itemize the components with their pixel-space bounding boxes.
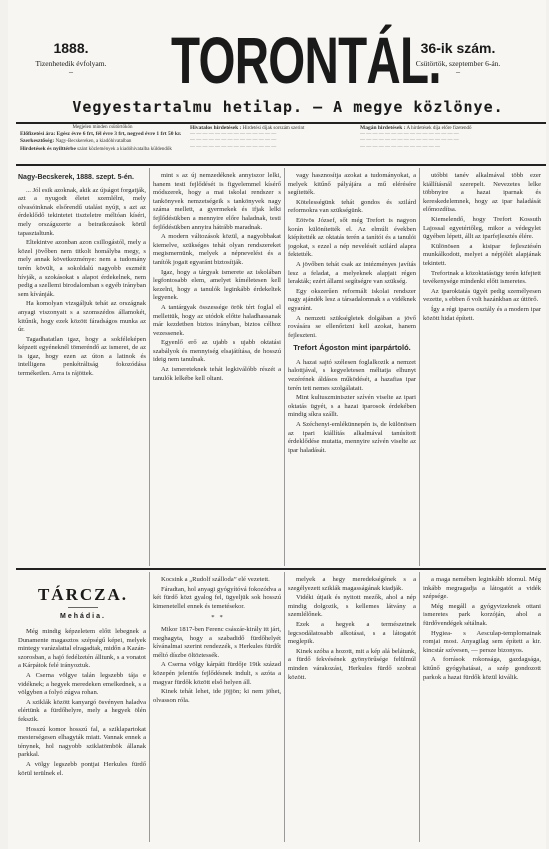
- article-column-3: vagy hasznosítja azokat a tudományokat, …: [288, 172, 416, 564]
- info-box-private-ads: Magán hirdetések : A hirdetések díja elő…: [360, 125, 540, 151]
- feuilleton-subtitle: Mehádia.: [22, 613, 144, 620]
- column-paragraph: Fáradtan, hol anyagi gyógyítóvá fokozódv…: [153, 586, 281, 612]
- column-paragraph: Trefortnak a közoktatásügy terén kifejte…: [423, 270, 541, 287]
- column-paragraph: A források rokonsága, gazdagsága, kitűnő…: [423, 656, 541, 682]
- column-paragraph: A Cserna völgye talán legszebb tája e vi…: [18, 672, 146, 698]
- header-bottom-rule: [16, 164, 546, 166]
- info-ads-label: Hirdetések és nyilttérbe: [20, 146, 76, 152]
- column-paragraph: mint s az új nemzedéknek annyiszor lelki…: [153, 172, 281, 232]
- column-paragraph: Kinek szóba a hozott, mit a kép alá belá…: [288, 648, 416, 682]
- feuilleton-column-4: a maga nemében leginkább idomul. Még ink…: [423, 576, 541, 843]
- info-box-subscription: Megjelen minden csütörtökön Előfizetési …: [20, 125, 185, 153]
- masthead-right: 36-ik szám. Csütörtök, szeptember 6-án. …: [388, 40, 528, 76]
- column-paragraph: melyek a hegy meredekségének s a szegély…: [288, 576, 416, 593]
- column-divider: [149, 168, 150, 566]
- lead-paragraph: ... Jól esik azoknak, akik az újságot fo…: [18, 187, 146, 239]
- column-paragraph: A nemzeti szükségletek dolgában a jövő r…: [288, 315, 416, 341]
- info-official-label: Hivatalos hirdetések :: [190, 125, 241, 131]
- column-paragraph: Így a régi iparos osztály és a modern ip…: [423, 306, 541, 323]
- lead-paragraph: Eltekintve azonban azon csillogástól, me…: [18, 239, 146, 299]
- column-paragraph: a maga nemében leginkább idomul. Még ink…: [423, 576, 541, 602]
- column-paragraph: Hosszú komor hosszú fal, a sziklapartoka…: [18, 726, 146, 760]
- feuilleton-column-2: Kocsink a „Rudolf szálloda” elé vezetett…: [153, 576, 281, 843]
- feuilleton-column-3: melyek a hegy meredekségének s a szegély…: [288, 576, 416, 843]
- column-paragraph: A völgy legszebb pontjai Herkules fürdő …: [18, 761, 146, 778]
- column-paragraph: Ezek a hegyek a természetnek legcsodálat…: [288, 621, 416, 647]
- column-paragraph: Egy okszerűen reformált iskolai rendszer…: [288, 288, 416, 314]
- column-divider: [284, 572, 285, 842]
- column-paragraph: Egyenlő erő az ujabb s ujabb oktatási sz…: [153, 339, 281, 365]
- column-paragraph: Még megáll a gyógyvizeknek ottani ismere…: [423, 603, 541, 629]
- column-paragraph: Még mindig képzeletem előtt lebegnek a D…: [18, 628, 146, 671]
- column-paragraph: Különösen a kisipar fejlesztésén munkálk…: [423, 243, 541, 269]
- masthead-dash: –: [16, 68, 126, 76]
- column-paragraph: A modern változások közül, a nagyobbakat…: [153, 233, 281, 267]
- newspaper-page: 1888. Tizenhetedik évfolyam. – TORONTÁL.…: [8, 0, 546, 849]
- column-paragraph: Hygiea- s Aesculap-templomainak romjai m…: [423, 630, 541, 656]
- article-column-4: utóbbi tanév alkalmával több ezer kiállí…: [423, 172, 541, 564]
- info-price: Egész évre 6 frt, fél évre 3 frt, negyed…: [57, 131, 182, 137]
- info-ads: szánt közlemények a kiadóhivatalba külde…: [77, 147, 172, 152]
- feuilleton-title: TÁRCZA.: [22, 585, 144, 605]
- column-paragraph: Mint kultuszminiszter szívén viselte az …: [288, 394, 416, 420]
- masthead-issue: 36-ik szám.: [388, 40, 528, 56]
- info-office-label: Szerkesztőség:: [20, 138, 54, 144]
- column-paragraph: Mikor 1817-ben Ferenc császár-király itt…: [153, 626, 281, 660]
- article-column-2: mint s az új nemzedéknek annyiszor lelki…: [153, 172, 281, 564]
- masthead-title: TORONTÁL.: [171, 20, 351, 100]
- info-private-text: A hirdetések díja előre fizetendő: [407, 126, 472, 131]
- column-paragraph: A jövőben tehát csak az intézményes javí…: [288, 261, 416, 287]
- column-paragraph: Kinek tehát lehet, ide jöjjön; ki nem jö…: [153, 688, 281, 705]
- column-paragraph: A sziklák között kanyargó ösvényen halad…: [18, 699, 146, 725]
- column-divider: [149, 572, 150, 842]
- column-divider: [284, 168, 285, 566]
- column-paragraph: Kötelességünk tehát gondos és szilárd re…: [288, 199, 416, 216]
- column-paragraph: A tantárgyak összessége örök tért foglal…: [153, 304, 281, 338]
- column-paragraph: A Széchenyi-emlékünnepén is, de különöse…: [288, 421, 416, 455]
- column-paragraph: Kocsink a „Rudolf szálloda” elé vezetett…: [153, 576, 281, 585]
- column-paragraph: A hazai sajtó szélesen foglalkozik a nem…: [288, 359, 416, 393]
- masthead-left: 1888. Tizenhetedik évfolyam. –: [16, 40, 126, 76]
- feuilleton-column-1: Még mindig képzeletem előtt lebegnek a D…: [18, 628, 146, 843]
- masthead-year: 1888.: [16, 40, 126, 56]
- lead-paragraph: Tagadhatatlan igaz, hogy a sokféleképen …: [18, 336, 146, 379]
- lead-article: Nagy-Becskerek, 1888. szept. 5-én. ... J…: [18, 172, 146, 564]
- column-paragraph: A Cserna völgy kárpáti fürdője 19ik száz…: [153, 661, 281, 687]
- column-paragraph: Vidéki útjaik és nyitott mezők, ahol a n…: [288, 594, 416, 620]
- feuilleton-rule: [16, 568, 546, 570]
- section-separator: * *: [153, 614, 281, 623]
- trefort-article-heading: Trefort Ágoston mint iparpártoló.: [288, 344, 416, 353]
- feuilleton-title-underline: [68, 607, 98, 608]
- lead-dateline: Nagy-Becskerek, 1888. szept. 5-én.: [18, 174, 146, 183]
- column-paragraph: Eötvös József, sőt még Trefort is nagyon…: [288, 217, 416, 260]
- info-price-label: Előfizetési ára:: [20, 131, 55, 137]
- column-paragraph: utóbbi tanév alkalmával több ezer kiállí…: [423, 172, 541, 215]
- column-paragraph: Az ismereteknek tehát legkiválóbb részét…: [153, 366, 281, 383]
- info-box-official-ads: Hivatalos hirdetések : Hirdetési díjak s…: [190, 125, 350, 151]
- info-official-text: Hirdetési díjak sorszám szerint: [243, 126, 305, 131]
- column-divider: [419, 168, 420, 566]
- info-office: Nagy-Becskereken, a kiadóhivatalban: [55, 139, 131, 144]
- column-paragraph: Kiemelendő, hogy Trefort Kossuth Lajossa…: [423, 216, 541, 242]
- info-private-label: Magán hirdetések :: [360, 125, 406, 131]
- column-divider: [419, 572, 420, 842]
- masthead-subtitle: Vegyestartalmu hetilap. — A megye közlön…: [48, 98, 528, 116]
- lead-paragraph: Ha komolyan vizsgáljuk tehát az országna…: [18, 300, 146, 334]
- column-paragraph: Az iparoktatás ügyét pedig személyesen v…: [423, 288, 541, 305]
- column-paragraph: vagy hasznosítja azokat a tudományokat, …: [288, 172, 416, 198]
- masthead-dash-right: –: [388, 68, 528, 76]
- masthead-rule: [16, 122, 546, 124]
- column-paragraph: Igaz, hogy a tárgyak ismerete az iskoláb…: [153, 269, 281, 303]
